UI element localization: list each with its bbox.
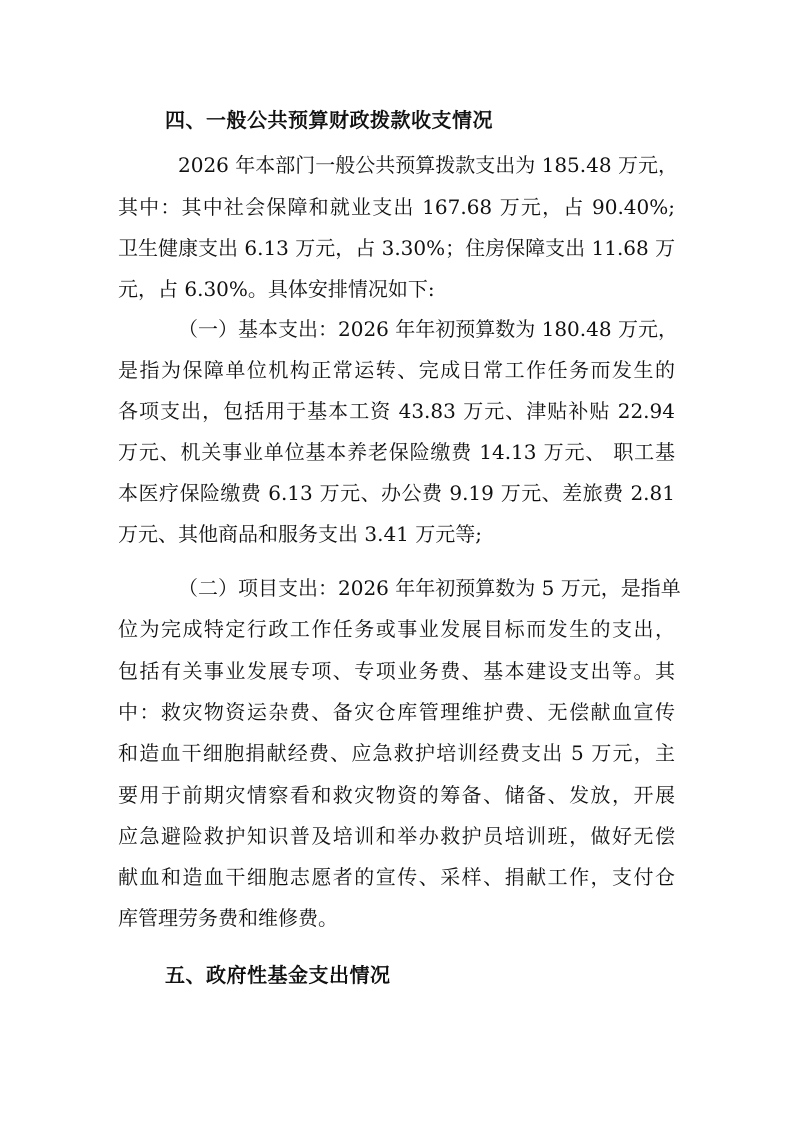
paragraph-line: 万元、机关事业单位基本养老保险缴费 14.13 万元、 职工基 <box>118 440 675 464</box>
section-heading-4: 四、一般公共预算财政拨款收支情况 <box>165 108 493 132</box>
document-page: 四、一般公共预算财政拨款收支情况 2026 年本部门一般公共预算拨款支出为 18… <box>0 0 793 1122</box>
paragraph-line: 和造血干细胞捐献经费、应急救护培训经费支出 5 万元，主 <box>118 741 675 765</box>
paragraph-line: 包括有关事业发展专项、专项业务费、基本建设支出等。其 <box>118 659 675 683</box>
paragraph-line: 库管理劳务费和维修费。 <box>118 906 675 930</box>
paragraph-line: 万元、其他商品和服务支出 3.41 万元等; <box>118 522 675 546</box>
paragraph-line: 应急避险救护知识普及培训和举办救护员培训班，做好无偿 <box>118 824 675 848</box>
paragraph-line: 本医疗保险缴费 6.13 万元、办公费 9.19 万元、差旅费 2.81 <box>118 481 675 505</box>
paragraph-line: 中：救灾物资运杂费、备灾仓库管理维护费、无偿献血宣传 <box>118 700 675 724</box>
paragraph-line: 卫生健康支出 6.13 万元，占 3.30%；住房保障支出 11.68 万 <box>118 236 675 260</box>
paragraph-line: 2026 年本部门一般公共预算拨款支出为 185.48 万元， <box>178 153 675 177</box>
paragraph-line: 是指为保障单位机构正常运转、完成日常工作任务而发生的 <box>118 358 675 382</box>
paragraph-line: 各项支出，包括用于基本工资 43.83 万元、津贴补贴 22.94 <box>118 399 675 423</box>
paragraph-line: （一）基本支出：2026 年年初预算数为 180.48 万元， <box>178 317 675 341</box>
paragraph-line: 元，占 6.30%。具体安排情况如下: <box>118 277 675 301</box>
paragraph-line: 献血和造血干细胞志愿者的宣传、采样、捐献工作，支付仓 <box>118 865 675 889</box>
paragraph-line: 位为完成特定行政工作任务或事业发展目标而发生的支出， <box>118 617 675 641</box>
paragraph-line: 要用于前期灾情察看和救灾物资的筹备、储备、发放，开展 <box>118 783 675 807</box>
paragraph-line: 其中：其中社会保障和就业支出 167.68 万元，占 90.40%; <box>118 195 675 219</box>
paragraph-line: （二）项目支出：2026 年年初预算数为 5 万元，是指单 <box>178 576 675 600</box>
section-heading-5: 五、政府性基金支出情况 <box>165 963 391 987</box>
